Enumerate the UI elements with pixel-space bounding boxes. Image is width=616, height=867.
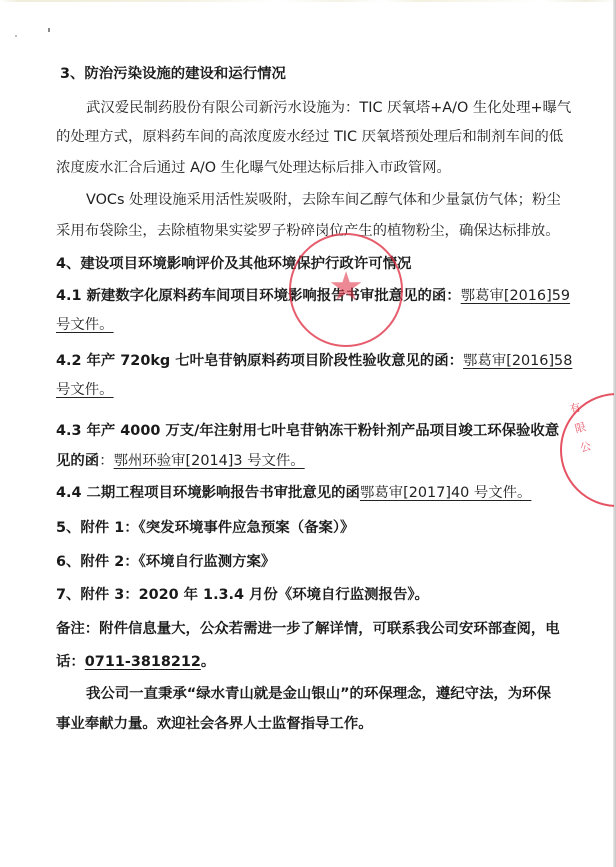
item-4-4: 4.4 二期工程项目环境影响报告书审批意见的函鄂葛审[2017]40 号文件。 [56, 483, 531, 503]
item-4-2-ref: 鄂葛审[2016]58 [463, 353, 572, 369]
item-4-1-label: 4.1 新建数字化原料药车间项目环境影响报告书审批意见的函： [56, 288, 461, 304]
closing-line2: 事业奉献力量。欢迎社会各界人士监督指导工作。 [56, 714, 373, 734]
item-4-2-label: 4.2 年产 720kg 七叶皂苷钠原料药项目阶段性验收意见的函： [56, 353, 463, 369]
closing-line1: 我公司一直秉承“绿水青山就是金山银山”的环保理念，遵纪守法，为环保 [56, 684, 551, 704]
attachment-3: 7、附件 3：2020 年 1.3.4 月份《环境自行监测报告》。 [56, 585, 429, 605]
item-4-1: 4.1 新建数字化原料药车间项目环境影响报告书审批意见的函：鄂葛审[2016]5… [56, 286, 570, 306]
section-3-para1-line1: 武汉爱民制药股份有限公司新污水设施为：TIC 厌氧塔+A/O 生化处理+曝气 [56, 98, 571, 118]
note-line2: 话：0711-3818212。 [56, 652, 215, 672]
scan-artifact-band [0, 0, 616, 2]
item-4-3-ref: 鄂州环验审[2014]3 号文件。 [114, 453, 305, 469]
section-3-para1-line3: 浓度废水汇合后通过 A/O 生化曝气处理达标后排入市政管网。 [56, 158, 451, 178]
item-4-2: 4.2 年产 720kg 七叶皂苷钠原料药项目阶段性验收意见的函：鄂葛审[201… [56, 351, 572, 371]
scan-speck [48, 28, 50, 32]
section-3-heading: 3、防治污染设施的建设和运行情况 [60, 64, 286, 84]
section-4-heading: 4、建设项目环境影响评价及其他环境保护行政许可情况 [56, 254, 411, 274]
item-4-1-ref: 鄂葛审[2016]59 [461, 288, 570, 304]
item-4-2-ref-cont: 号文件。 [56, 380, 114, 400]
item-4-3-label-line2: 见的函 [56, 453, 99, 469]
item-4-3-label-line1: 4.3 年产 4000 万支/年注射用七叶皂苷钠冻干粉针剂产品项目竣工环保验收意 [56, 421, 559, 441]
section-3-para2-line2: 采用布袋除尘，去除植物果实娑罗子粉碎岗位产生的植物粉尘，确保达标排放。 [56, 221, 560, 241]
attachment-1: 5、附件 1：《突发环境事件应急预案（备案）》 [56, 518, 354, 538]
scan-speck [15, 35, 17, 37]
item-4-4-ref: 鄂葛审[2017]40 号文件。 [360, 485, 531, 501]
note-line1: 备注：附件信息量大，公众若需进一步了解详情，可联系我公司安环部查阅，电 [56, 619, 560, 639]
item-4-1-ref-cont: 号文件。 [56, 315, 114, 335]
note-period: 。 [201, 654, 215, 670]
item-4-3: 见的函：鄂州环验审[2014]3 号文件。 [56, 451, 305, 471]
item-4-3-sep: ： [99, 453, 113, 469]
attachment-2: 6、附件 2：《环境自行监测方案》 [56, 552, 275, 572]
note-phone-number: 0711-3818212 [85, 654, 201, 670]
section-3-para1-line2: 的处理方式，原料药车间的高浓度废水经过 TIC 厌氧塔预处理后和制剂车间的低 [56, 127, 563, 147]
note-phone-label: 话： [56, 654, 85, 670]
section-3-para2-line1: VOCs 处理设施采用活性炭吸附，去除车间乙醇气体和少量氯仿气体；粉尘 [56, 190, 561, 210]
item-4-4-label: 4.4 二期工程项目环境影响报告书审批意见的函 [56, 485, 360, 501]
